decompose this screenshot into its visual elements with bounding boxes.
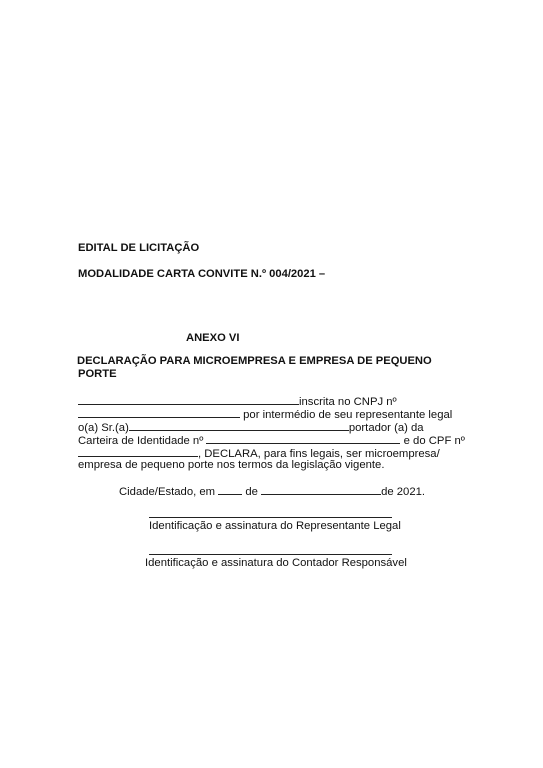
signature-line-representative[interactable] [149, 517, 392, 518]
signature-label-representative: Identificação e assinatura do Representa… [149, 520, 401, 533]
declaration-title-line1: DECLARAÇÃO PARA MICROEMPRESA E EMPRESA D… [77, 355, 432, 368]
body-line-closing: empresa de pequeno porte nos termos da l… [78, 459, 384, 472]
date-suffix: de 2021. [381, 486, 425, 498]
month-blank[interactable] [261, 484, 381, 495]
modality-heading: MODALIDADE CARTA CONVITE N.º 004/2021 – [78, 268, 325, 281]
signature-label-accountant: Identificação e assinatura do Contador R… [145, 557, 407, 570]
cpf-number-blank[interactable] [78, 446, 198, 457]
closing-text: empresa de pequeno porte nos termos da l… [78, 459, 384, 471]
company-name-blank[interactable] [78, 394, 299, 405]
day-blank[interactable] [218, 484, 242, 495]
annex-label: ANEXO VI [186, 332, 239, 345]
cnpj-number-blank[interactable] [78, 407, 240, 418]
signature-line-accountant[interactable] [149, 554, 392, 555]
document-title: EDITAL DE LICITAÇÃO [78, 242, 199, 255]
date-middle: de [242, 486, 261, 498]
date-prefix: Cidade/Estado, em [119, 486, 218, 498]
declaration-title-line2: PORTE [78, 368, 117, 381]
representative-name-blank[interactable] [129, 420, 349, 431]
id-number-blank[interactable] [206, 433, 400, 444]
date-line: Cidade/Estado, em de de 2021. [119, 484, 425, 499]
